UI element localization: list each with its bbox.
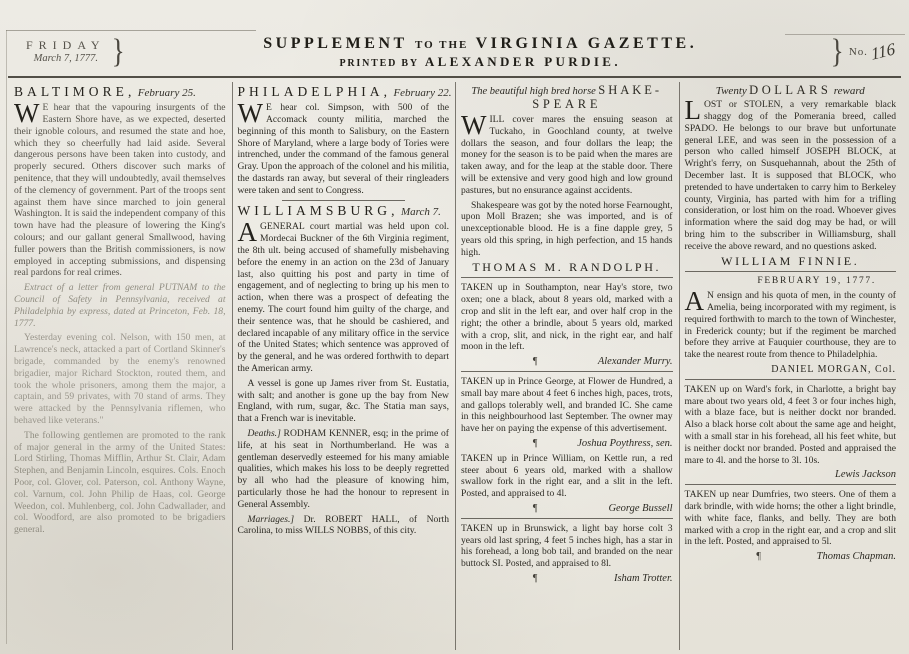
reward-word-dollars: DOLLARS	[749, 83, 831, 97]
signature-bussell: George Bussell	[608, 503, 672, 515]
column-divider	[679, 82, 680, 650]
horse-name-part2: SPEARE	[461, 99, 673, 111]
spado-ad-paragraph: LOST or STOLEN, a very remarkable black …	[685, 99, 897, 252]
article-paragraph: Shakespeare was got by the noted horse F…	[461, 200, 673, 259]
morgan-dateline: FEBRUARY 19, 1777.	[737, 276, 896, 288]
signature-morgan: DANIEL MORGAN, Col.	[685, 364, 897, 376]
signature-finnie: WILLIAM FINNIE.	[685, 256, 897, 268]
title-gazette: VIRGINIA GAZETTE.	[476, 35, 698, 52]
article-paragraph: The following gentlemen are promoted to …	[14, 430, 226, 536]
signature-line: ¶ Thomas Chapman.	[685, 551, 897, 563]
issue-number: 116	[870, 39, 896, 65]
marriages-notice: Marriages.] Dr. ROBERT HALL, of North Ca…	[238, 514, 450, 538]
article-paragraph: Yesterday evening col. Nelson, with 150 …	[14, 332, 226, 426]
signature-murry: Alexander Murry.	[598, 356, 673, 368]
signature-line: Lewis Jackson	[685, 469, 897, 481]
estray-notice: TAKEN up in Southampton, near Hay's stor…	[461, 282, 673, 353]
estray-notice: TAKEN up in Prince George, at Flower de …	[461, 376, 673, 435]
horse-ad-lead: The beautiful high bred horse	[471, 86, 595, 97]
section-rule	[685, 271, 897, 272]
masthead-day: FRIDAY	[26, 39, 106, 53]
horse-name-part1: SHAKE-	[598, 83, 662, 97]
signature-chapman: Thomas Chapman.	[817, 551, 896, 563]
dateline-date: March 7.	[401, 206, 441, 218]
dateline-philadelphia: PHILADELPHIA, February 22.	[238, 86, 450, 100]
section-rule	[461, 518, 673, 519]
issue-block: } No. 116	[825, 37, 895, 67]
section-rule	[461, 277, 673, 278]
pilcrow-mark: ¶	[533, 573, 538, 585]
paper-title: SUPPLEMENT TO THE VIRGINIA GAZETTE.	[160, 34, 801, 54]
column-shakespeare-estrays: The beautiful high bred horse SHAKE- SPE…	[457, 82, 678, 650]
signature-randolph: THOMAS M. RANDOLPH.	[461, 262, 673, 274]
printer-line: PRINTED BY ALEXANDER PURDIE.	[160, 54, 801, 71]
letter-extract-heading: Extract of a letter from general PUTNAM …	[14, 282, 226, 329]
pilcrow-mark: ¶	[533, 438, 538, 450]
signature-trotter: Isham Trotter.	[614, 573, 673, 585]
section-rule	[461, 371, 673, 372]
dateline-williamsburg: WILLIAMSBURG, March 7.	[238, 205, 450, 219]
estray-notice: TAKEN up near Dumfries, two steers. One …	[685, 489, 897, 548]
signature-line: ¶ Alexander Murry.	[461, 356, 673, 368]
section-rule	[685, 379, 897, 380]
article-paragraph: WILL cover mares the ensuing season at T…	[461, 114, 673, 197]
reward-word-twenty: Twenty	[716, 85, 747, 97]
pilcrow-mark: ¶	[533, 503, 538, 515]
article-paragraph: A vessel is gone up James river from St.…	[238, 378, 450, 425]
column-reward-notices: Twenty DOLLARS reward LOST or STOLEN, a …	[681, 82, 902, 650]
section-rule	[282, 200, 405, 201]
dateline-city: PHILADELPHIA,	[238, 84, 392, 99]
column-baltimore: BALTIMORE, February 25. WE hear that the…	[10, 82, 231, 650]
title-to-the: TO THE	[415, 39, 468, 51]
reward-heading: Twenty DOLLARS reward	[685, 85, 897, 98]
deaths-notice: Deaths.] RODHAM KENNER, esq; in the prim…	[238, 428, 450, 511]
horse-ad-heading: The beautiful high bred horse SHAKE-	[461, 85, 673, 98]
dateline-city: BALTIMORE,	[14, 84, 135, 99]
marriages-label: Marriages.]	[248, 514, 295, 525]
dateline-city: WILLIAMSBURG,	[238, 203, 399, 218]
column-philadelphia-williamsburg: PHILADELPHIA, February 22. WE hear col. …	[234, 82, 455, 650]
masthead-date: March 7, 1777.	[26, 53, 106, 65]
article-paragraph: A GENERAL court martial was held upon co…	[238, 221, 450, 374]
title-supplement: SUPPLEMENT	[263, 35, 407, 52]
estray-notice: TAKEN up on Ward's fork, in Charlotte, a…	[685, 384, 897, 467]
morgan-notice-paragraph: AN ensign and his quota of men, in the c…	[685, 290, 897, 361]
deaths-text: RODHAM KENNER, esq; in the prime of life…	[238, 428, 450, 510]
column-divider	[232, 82, 233, 650]
column-divider	[455, 82, 456, 650]
masthead-dateline: FRIDAY March 7, 1777.	[26, 39, 106, 65]
left-brace-glyph: }	[108, 37, 127, 67]
pilcrow-mark: ¶	[533, 356, 538, 368]
reward-word-reward: reward	[834, 85, 865, 97]
article-paragraph: WE hear that the vapouring insurgents of…	[14, 102, 226, 279]
newspaper-page: FRIDAY March 7, 1777. } SUPPLEMENT TO TH…	[0, 0, 909, 654]
signature-line: ¶ Isham Trotter.	[461, 573, 673, 585]
masthead-title-block: SUPPLEMENT TO THE VIRGINIA GAZETTE. PRIN…	[160, 34, 801, 71]
article-paragraph: WE hear col. Simpson, with 500 of the Ac…	[238, 102, 450, 196]
signature-line: ¶ George Bussell	[461, 503, 673, 515]
pilcrow-mark: ¶	[756, 551, 761, 563]
estray-notice: TAKEN up in Prince William, on Kettle ru…	[461, 453, 673, 500]
masthead: FRIDAY March 7, 1777. } SUPPLEMENT TO TH…	[0, 0, 909, 73]
right-brace-glyph: }	[827, 37, 846, 67]
scan-edge-line	[6, 30, 7, 644]
estray-notice: TAKEN up in Brunswick, a light bay horse…	[461, 523, 673, 570]
columns: BALTIMORE, February 25. WE hear that the…	[0, 78, 909, 650]
printed-by: PRINTED BY	[340, 58, 419, 69]
section-rule	[685, 484, 897, 485]
deaths-label: Deaths.]	[248, 428, 281, 439]
signature-line: ¶ Joshua Poythress, sen.	[461, 438, 673, 450]
masthead-rule	[8, 76, 901, 78]
dateline-date: February 25.	[138, 87, 196, 99]
signature-jackson: Lewis Jackson	[835, 469, 896, 481]
issue-label: No.	[849, 46, 868, 58]
dateline-baltimore: BALTIMORE, February 25.	[14, 86, 226, 100]
dateline-date: February 22.	[393, 87, 451, 99]
signature-poythress: Joshua Poythress, sen.	[577, 438, 672, 450]
printer-name: ALEXANDER PURDIE.	[425, 54, 621, 69]
